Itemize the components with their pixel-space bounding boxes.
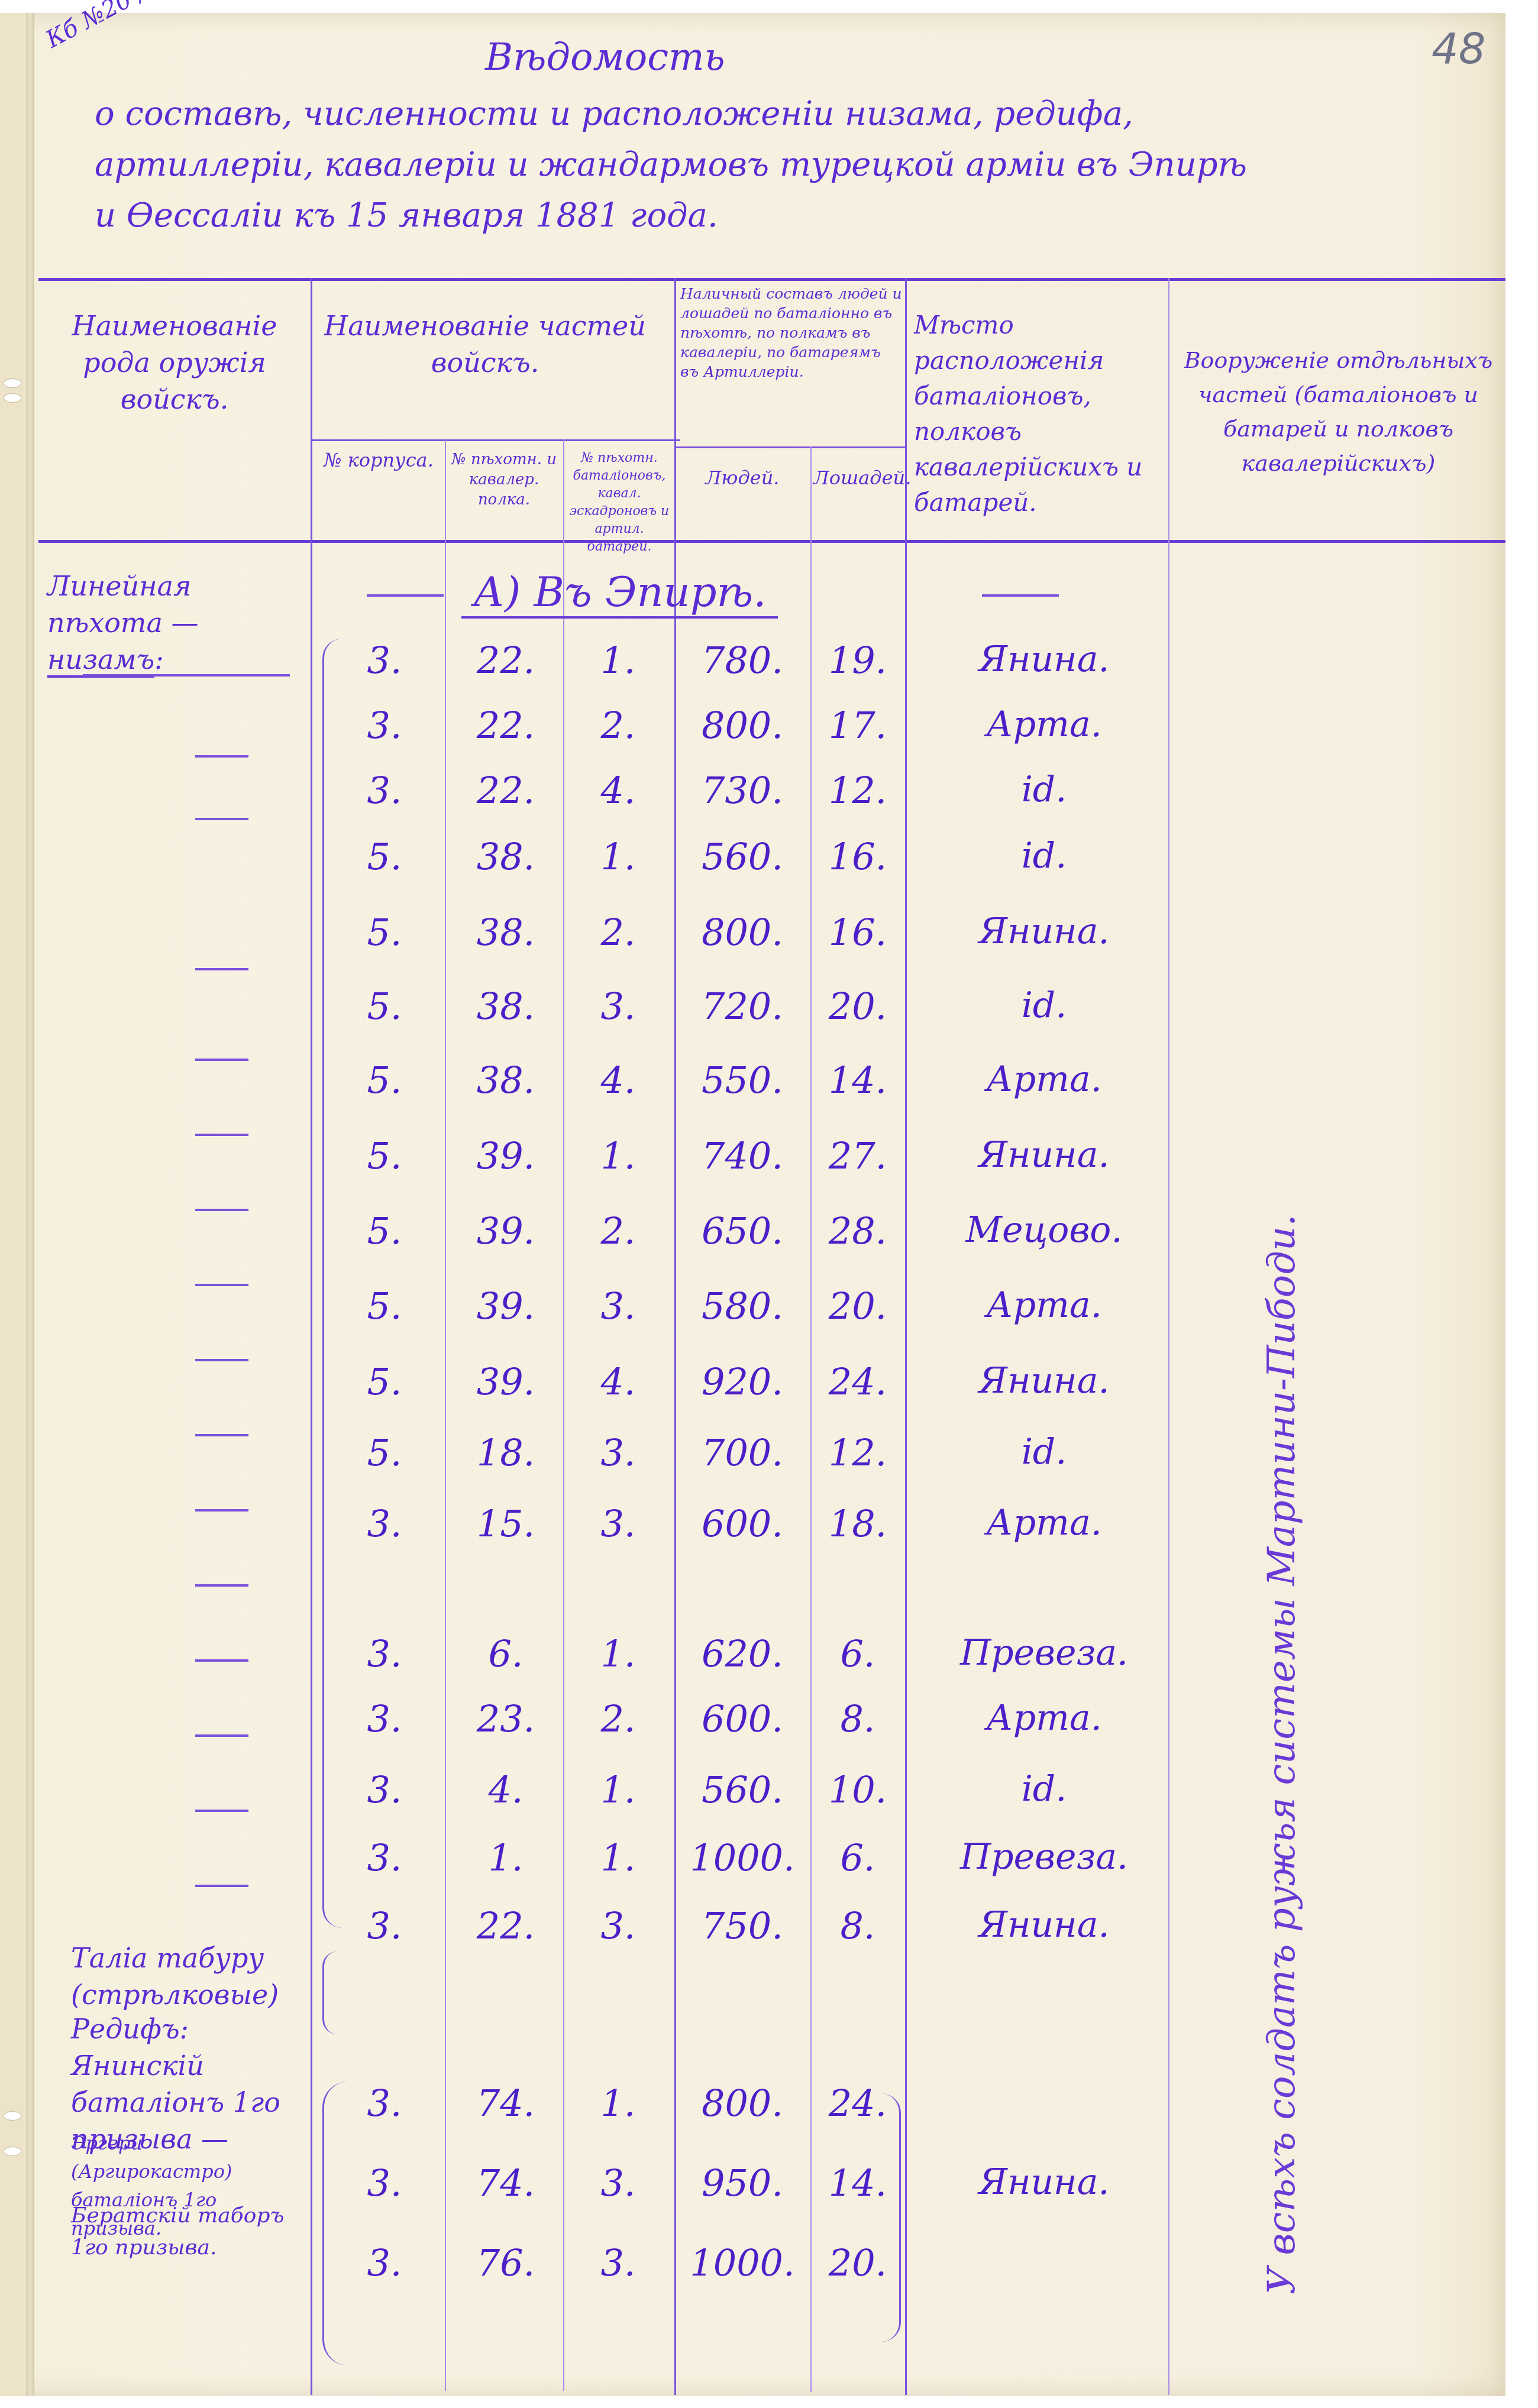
cell-men: 1000.	[677, 1836, 807, 1879]
cell-place: id.	[923, 1768, 1165, 1810]
cell-battalion: 2.	[565, 1697, 671, 1740]
cell-corps: 5.	[328, 1134, 441, 1177]
cell-men: 720.	[677, 985, 807, 1028]
cell-place: Янина.	[923, 911, 1165, 952]
table-row: 3. 1. 1. 1000. 6. Превеза.	[0, 1836, 1183, 1901]
cell-horses: 10.	[813, 1768, 902, 1811]
binding-hole	[4, 393, 21, 403]
page-gutter	[26, 13, 34, 2396]
cell-regiment: 38.	[450, 835, 562, 878]
cell-regiment: 22.	[450, 639, 562, 682]
binding-hole	[4, 378, 21, 388]
cell-men: 740.	[677, 1134, 807, 1177]
cell-men: 650.	[677, 1209, 807, 1252]
cell-regiment: 22.	[450, 704, 562, 747]
cell-corps: 5.	[328, 1059, 441, 1102]
cell-men: 600.	[677, 1697, 807, 1740]
table-row: 3. 22. 2. 800. 17. Арта.	[0, 704, 1183, 769]
cell-horses: 19.	[813, 639, 902, 682]
cell-horses: 24.	[813, 2082, 902, 2125]
cell-men: 750.	[677, 1904, 807, 1947]
cell-battalion: 3.	[565, 1904, 671, 1947]
table-row: 5. 39. 3. 580. 20. Арта.	[0, 1284, 1183, 1349]
cell-corps: 3.	[328, 704, 441, 747]
cell-men: 700.	[677, 1431, 807, 1474]
header-men: Людей.	[677, 467, 807, 488]
cell-battalion: 1.	[565, 1134, 671, 1177]
cell-corps: 3.	[328, 1904, 441, 1947]
cell-place: id.	[923, 1431, 1165, 1472]
header-corps-no: № корпуса.	[314, 449, 444, 471]
cell-place: id.	[923, 985, 1165, 1026]
cell-place: Арта.	[923, 704, 1165, 745]
section-heading: А) Въ Эпирѣ.	[461, 568, 778, 619]
cell-horses: 6.	[813, 1632, 902, 1675]
cell-corps: 3.	[328, 1502, 441, 1545]
table-row: 3. 22. 1. 780. 19. Янина.	[0, 639, 1183, 704]
cell-men: 600.	[677, 1502, 807, 1545]
cell-men: 950.	[677, 2161, 807, 2205]
cell-men: 780.	[677, 639, 807, 682]
cell-place: id.	[923, 769, 1165, 810]
cell-place: Арта.	[923, 1502, 1165, 1543]
table-row: 3. 74. 3. 950. 14. Янина.	[0, 2161, 1183, 2226]
table-row: 3. 15. 3. 600. 18. Арта.	[0, 1502, 1183, 1567]
cell-place: Янина.	[923, 1134, 1165, 1176]
table-row: 3. 6. 1. 620. 6. Превеза.	[0, 1632, 1183, 1697]
cell-battalion: 3.	[565, 1431, 671, 1474]
header-bottom-rule	[38, 540, 1505, 543]
cell-regiment: 23.	[450, 1697, 562, 1740]
cell-horses: 18.	[813, 1502, 902, 1545]
cell-men: 800.	[677, 911, 807, 954]
cell-men: 800.	[677, 2082, 807, 2125]
cell-battalion: 3.	[565, 985, 671, 1028]
cell-regiment: 39.	[450, 1360, 562, 1403]
cell-battalion: 1.	[565, 835, 671, 878]
table-top-rule	[38, 278, 1505, 281]
header-armament: Вооруженіе отдѣльныхъ частей (баталіонов…	[1177, 343, 1500, 480]
cell-corps: 5.	[328, 1209, 441, 1252]
cell-horses: 6.	[813, 1836, 902, 1879]
cell-men: 560.	[677, 835, 807, 878]
cell-battalion: 1.	[565, 2082, 671, 2125]
header-battalion-no: № пѣхотн. баталіоновъ, кавал. эскадронов…	[566, 449, 673, 556]
header-horses: Лошадей.	[813, 467, 902, 488]
cell-horses: 8.	[813, 1904, 902, 1947]
table-row: 3. 22. 3. 750. 8. Янина.	[0, 1904, 1183, 1969]
cell-battalion: 3.	[565, 1284, 671, 1328]
cell-horses: 12.	[813, 1431, 902, 1474]
cell-horses: 24.	[813, 1360, 902, 1403]
table-row: 5. 38. 2. 800. 16. Янина.	[0, 911, 1183, 976]
cell-regiment: 39.	[450, 1209, 562, 1252]
table-row: 3. 74. 1. 800. 24.	[0, 2082, 1183, 2147]
cell-regiment: 39.	[450, 1284, 562, 1328]
group-label-text: Линейная пѣхота —	[47, 568, 308, 641]
cell-horses: 20.	[813, 985, 902, 1028]
header-strength: Наличный составъ людей и лошадей по бата…	[680, 284, 902, 381]
cell-men: 560.	[677, 1768, 807, 1811]
cell-place: Арта.	[923, 1284, 1165, 1326]
cell-regiment: 6.	[450, 1632, 562, 1675]
cell-battalion: 3.	[565, 2161, 671, 2205]
cell-battalion: 3.	[565, 2241, 671, 2284]
table-row: 3. 23. 2. 600. 8. Арта.	[0, 1697, 1183, 1762]
cell-horses: 16.	[813, 835, 902, 878]
cell-corps: 3.	[328, 1836, 441, 1879]
cell-corps: 5.	[328, 985, 441, 1028]
cell-place: Арта.	[923, 1697, 1165, 1739]
row-dash	[195, 1584, 248, 1587]
table-row: 5. 39. 1. 740. 27. Янина.	[0, 1134, 1183, 1199]
cell-battalion: 2.	[565, 1209, 671, 1252]
section-dash	[982, 594, 1059, 597]
table-row: 3. 22. 4. 730. 12. id.	[0, 769, 1183, 834]
subheader-rule-col2	[311, 439, 680, 441]
cell-horses: 12.	[813, 769, 902, 812]
cell-horses: 20.	[813, 1284, 902, 1328]
cell-regiment: 74.	[450, 2082, 562, 2125]
cell-battalion: 1.	[565, 639, 671, 682]
page-number: 48	[1432, 24, 1486, 73]
cell-regiment: 76.	[450, 2241, 562, 2284]
cell-horses: 14.	[813, 2161, 902, 2205]
header-regiment-no: № пѣхотн. и кавалер. полка.	[447, 449, 561, 510]
cell-regiment: 39.	[450, 1134, 562, 1177]
document-subtitle: о составѣ, численности и расположеніи ни…	[95, 89, 1491, 241]
cell-men: 550.	[677, 1059, 807, 1102]
cell-corps: 3.	[328, 1632, 441, 1675]
cell-place: Янина.	[923, 1904, 1165, 1946]
cell-place: Арта.	[923, 1059, 1165, 1100]
cell-regiment: 22.	[450, 769, 562, 812]
header-unit-names: Наименованіе частей войскъ.	[319, 308, 651, 381]
document-title: Вѣдомость	[485, 35, 725, 79]
subheader-rule-col3	[674, 446, 905, 448]
table-row: 3. 4. 1. 560. 10. id.	[0, 1768, 1183, 1833]
cell-horses: 16.	[813, 911, 902, 954]
cell-place: Превеза.	[923, 1836, 1165, 1878]
cell-men: 1000.	[677, 2241, 807, 2284]
cell-regiment: 38.	[450, 911, 562, 954]
cell-regiment: 38.	[450, 985, 562, 1028]
cell-place: Янина.	[923, 639, 1165, 680]
cell-corps: 5.	[328, 1284, 441, 1328]
header-branch-of-arms: Наименованіе рода оружія войскъ.	[47, 308, 302, 417]
cell-men: 730.	[677, 769, 807, 812]
cell-battalion: 1.	[565, 1836, 671, 1879]
table-row: 5. 18. 3. 700. 12. id.	[0, 1431, 1183, 1496]
cell-horses: 20.	[813, 2241, 902, 2284]
cell-corps: 3.	[328, 2161, 441, 2205]
cell-men: 800.	[677, 704, 807, 747]
cell-battalion: 1.	[565, 1632, 671, 1675]
cell-horses: 17.	[813, 704, 902, 747]
subtitle-line: артиллеріи, кавалеріи и жандармовъ турец…	[95, 140, 1491, 190]
cell-corps: 3.	[328, 2082, 441, 2125]
cell-corps: 5.	[328, 835, 441, 878]
cell-horses: 8.	[813, 1697, 902, 1740]
cell-men: 580.	[677, 1284, 807, 1328]
table-row: 5. 38. 1. 560. 16. id.	[0, 835, 1183, 900]
section-dash	[367, 594, 444, 597]
table-row: 5. 39. 2. 650. 28. Мецово.	[0, 1209, 1183, 1274]
cell-regiment: 74.	[450, 2161, 562, 2205]
cell-corps: 5.	[328, 1360, 441, 1403]
cell-regiment: 18.	[450, 1431, 562, 1474]
cell-regiment: 4.	[450, 1768, 562, 1811]
binding-hole	[4, 2147, 21, 2156]
cell-battalion: 4.	[565, 769, 671, 812]
cell-battalion: 1.	[565, 1768, 671, 1811]
cell-corps: 3.	[328, 769, 441, 812]
cell-battalion: 4.	[565, 1360, 671, 1403]
cell-corps: 3.	[328, 2241, 441, 2284]
table-row: 5. 38. 3. 720. 20. id.	[0, 985, 1183, 1050]
cell-corps: 3.	[328, 1768, 441, 1811]
cell-corps: 5.	[328, 911, 441, 954]
cell-regiment: 22.	[450, 1904, 562, 1947]
cell-regiment: 15.	[450, 1502, 562, 1545]
armament-note: У всѣхъ солдатъ ружья системы Мартини-Пи…	[1260, 1215, 1304, 2295]
cell-place: Янина.	[923, 2161, 1165, 2203]
cell-horses: 14.	[813, 1059, 902, 1102]
table-row: 5. 39. 4. 920. 24. Янина.	[0, 1360, 1183, 1425]
cell-battalion: 2.	[565, 911, 671, 954]
cell-battalion: 3.	[565, 1502, 671, 1545]
header-location: Мѣсто расположенія баталіоновъ, полковъ …	[914, 308, 1162, 520]
subtitle-line: о составѣ, численности и расположеніи ни…	[95, 89, 1491, 140]
previous-page-edge	[0, 13, 28, 2396]
cell-battalion: 2.	[565, 704, 671, 747]
cell-corps: 3.	[328, 639, 441, 682]
cell-corps: 5.	[328, 1431, 441, 1474]
cell-corps: 3.	[328, 1697, 441, 1740]
cell-horses: 27.	[813, 1134, 902, 1177]
table-row: 5. 38. 4. 550. 14. Арта.	[0, 1059, 1183, 1124]
cell-horses: 28.	[813, 1209, 902, 1252]
cell-place: Мецово.	[923, 1209, 1165, 1251]
cell-place: Превеза.	[923, 1632, 1165, 1674]
cell-place: Янина.	[923, 1360, 1165, 1402]
cell-men: 620.	[677, 1632, 807, 1675]
cell-place: id.	[923, 835, 1165, 876]
cell-men: 920.	[677, 1360, 807, 1403]
cell-regiment: 38.	[450, 1059, 562, 1102]
subtitle-line: и Ѳессаліи къ 15 января 1881 года.	[95, 190, 1491, 241]
cell-battalion: 4.	[565, 1059, 671, 1102]
cell-regiment: 1.	[450, 1836, 562, 1879]
table-row: 3. 76. 3. 1000. 20.	[0, 2241, 1183, 2306]
